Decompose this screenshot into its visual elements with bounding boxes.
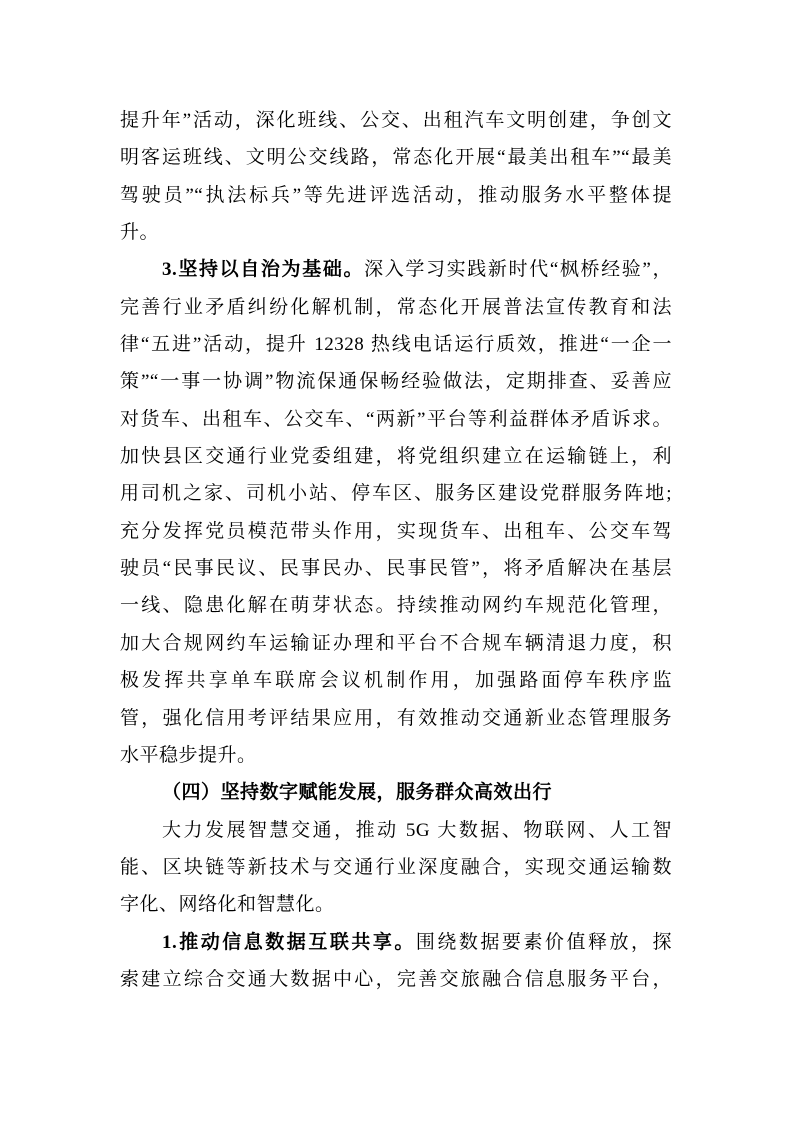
text-run: 充分发挥党员模范带头作用，实现货车、出租车、公交车驾 <box>120 521 672 542</box>
text-run: 一线、隐患化解在萌芽状态。持续推动网约车规范化管理， <box>120 595 672 616</box>
text-line: 1.推动信息数据互联共享。围绕数据要素价值释放，探 <box>120 924 672 961</box>
section-heading-4-digital: （四）坚持数字赋能发展，服务群众高效出行 <box>120 774 672 811</box>
text-run: 深入学习实践新时代“枫桥经验”， <box>364 259 672 280</box>
text-line: （四）坚持数字赋能发展，服务群众高效出行 <box>120 774 672 811</box>
text-run: 能、区块链等新技术与交通行业深度融合，实现交通运输数 <box>120 857 672 878</box>
text-run: 极发挥共享单车联席会议机制作用，加强路面停车秩序监 <box>120 670 672 691</box>
text-line: 完善行业矛盾纠纷化解机制，常态化开展普法宣传教育和法 <box>120 289 672 326</box>
text-line: 升。 <box>120 214 672 251</box>
text-run: 提升年”活动，深化班线、公交、出租汽车文明创建，争创文 <box>120 110 672 131</box>
text-line: 加大合规网约车运输证办理和平台不合规车辆清退力度，积 <box>120 625 672 662</box>
text-run: 策”“一事一协调”物流保通保畅经验做法，定期排查、妥善应 <box>120 371 672 392</box>
text-line: 加快县区交通行业党委组建，将党组织建立在运输链上，利 <box>120 438 672 475</box>
text-line: 水平稳步提升。 <box>120 737 672 774</box>
text-run: 加快县区交通行业党委组建，将党组织建立在运输链上，利 <box>120 446 672 467</box>
text-run: 用司机之家、司机小站、停车区、服务区建设党群服务阵地; <box>120 483 672 504</box>
bold-text-run: 1.推动信息数据互联共享。 <box>162 932 416 953</box>
text-line: 字化、网络化和智慧化。 <box>120 886 672 923</box>
text-run: 驶员“民事民议、民事民办、民事民管”，将矛盾解决在基层 <box>120 558 672 579</box>
text-line: 策”“一事一协调”物流保通保畅经验做法，定期排查、妥善应 <box>120 363 672 400</box>
text-run: 索建立综合交通大数据中心，完善交旅融合信息服务平台， <box>120 969 672 990</box>
paragraph-item-3-autonomy: 3.坚持以自治为基础。深入学习实践新时代“枫桥经验”，完善行业矛盾纠纷化解机制，… <box>120 251 672 774</box>
text-line: 大力发展智慧交通，推动 5G 大数据、物联网、人工智 <box>120 812 672 849</box>
text-line: 极发挥共享单车联席会议机制作用，加强路面停车秩序监 <box>120 662 672 699</box>
text-run: 围绕数据要素价值释放，探 <box>416 932 672 953</box>
text-line: 用司机之家、司机小站、停车区、服务区建设党群服务阵地; <box>120 475 672 512</box>
bold-text-run: 3.坚持以自治为基础。 <box>162 259 364 280</box>
text-line: 驶员“民事民议、民事民办、民事民管”，将矛盾解决在基层 <box>120 550 672 587</box>
text-run: 对货车、出租车、公交车、“两新”平台等利益群体矛盾诉求。 <box>120 409 672 430</box>
text-run: 字化、网络化和智慧化。 <box>120 894 335 915</box>
text-run: 驾驶员”“执法标兵”等先进评选活动，推动服务水平整体提 <box>120 185 672 206</box>
text-run: 升。 <box>120 222 159 243</box>
text-run: 律“五进”活动，提升 12328 热线电话运行质效，推进“一企一 <box>120 334 672 355</box>
text-line: 索建立综合交通大数据中心，完善交旅融合信息服务平台， <box>120 961 672 998</box>
document-body: 提升年”活动，深化班线、公交、出租汽车文明创建，争创文明客运班线、文明公交线路，… <box>120 102 672 998</box>
text-line: 律“五进”活动，提升 12328 热线电话运行质效，推进“一企一 <box>120 326 672 363</box>
text-run: 管，强化信用考评结果应用，有效推动交通新业态管理服务 <box>120 708 672 729</box>
text-line: 管，强化信用考评结果应用，有效推动交通新业态管理服务 <box>120 700 672 737</box>
text-line: 提升年”活动，深化班线、公交、出租汽车文明创建，争创文 <box>120 102 672 139</box>
paragraph-smart-transport: 大力发展智慧交通，推动 5G 大数据、物联网、人工智能、区块链等新技术与交通行业… <box>120 812 672 924</box>
text-line: 能、区块链等新技术与交通行业深度融合，实现交通运输数 <box>120 849 672 886</box>
paragraph-item-1-data-sharing: 1.推动信息数据互联共享。围绕数据要素价值释放，探索建立综合交通大数据中心，完善… <box>120 924 672 999</box>
bold-text-run: （四）坚持数字赋能发展，服务群众高效出行 <box>162 782 552 803</box>
text-run: 完善行业矛盾纠纷化解机制，常态化开展普法宣传教育和法 <box>120 297 672 318</box>
text-run: 水平稳步提升。 <box>120 745 257 766</box>
text-run: 大力发展智慧交通，推动 5G 大数据、物联网、人工智 <box>162 820 672 841</box>
text-line: 3.坚持以自治为基础。深入学习实践新时代“枫桥经验”， <box>120 251 672 288</box>
text-run: 明客运班线、文明公交线路，常态化开展“最美出租车”“最美 <box>120 147 672 168</box>
text-line: 对货车、出租车、公交车、“两新”平台等利益群体矛盾诉求。 <box>120 401 672 438</box>
paragraph-carryover: 提升年”活动，深化班线、公交、出租汽车文明创建，争创文明客运班线、文明公交线路，… <box>120 102 672 251</box>
text-line: 充分发挥党员模范带头作用，实现货车、出租车、公交车驾 <box>120 513 672 550</box>
text-line: 驾驶员”“执法标兵”等先进评选活动，推动服务水平整体提 <box>120 177 672 214</box>
text-run: 加大合规网约车运输证办理和平台不合规车辆清退力度，积 <box>120 633 672 654</box>
document-page: 提升年”活动，深化班线、公交、出租汽车文明创建，争创文明客运班线、文明公交线路，… <box>0 0 793 1122</box>
text-line: 一线、隐患化解在萌芽状态。持续推动网约车规范化管理， <box>120 587 672 624</box>
text-line: 明客运班线、文明公交线路，常态化开展“最美出租车”“最美 <box>120 139 672 176</box>
